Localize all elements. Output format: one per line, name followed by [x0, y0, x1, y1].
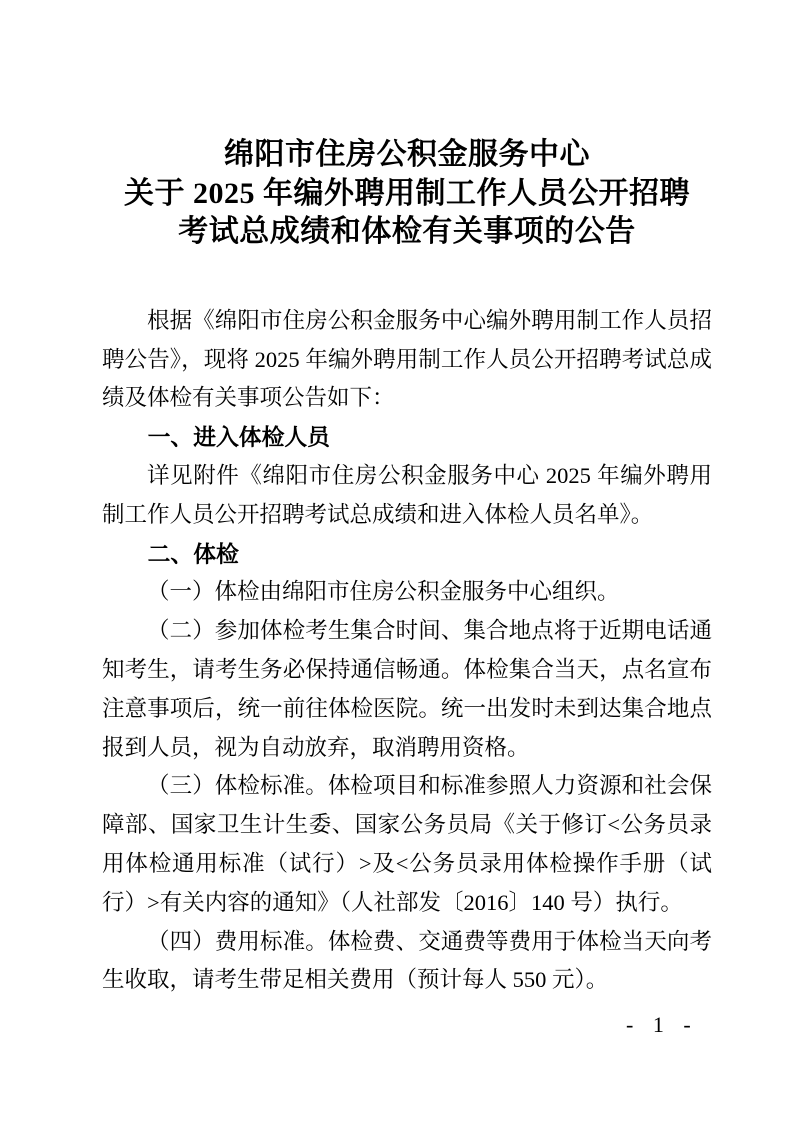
announcement-document: 绵阳市住房公积金服务中心 关于 2025 年编外聘用制工作人员公开招聘 考试总成… [102, 0, 712, 1000]
title-line-3: 考试总成绩和体检有关事项的公告 [102, 213, 712, 252]
title-line-2: 关于 2025 年编外聘用制工作人员公开招聘 [102, 175, 712, 214]
paragraph-item-1: （一）体检由绵阳市住房公积金服务中心组织。 [102, 573, 712, 612]
section-heading-1: 一、进入体检人员 [102, 418, 712, 457]
page-number: - 1 - [626, 1012, 698, 1038]
paragraph-item-3: （三）体检标准。体检项目和标准参照人力资源和社会保障部、国家卫生计生委、国家公务… [102, 767, 712, 922]
title-line-1: 绵阳市住房公积金服务中心 [102, 136, 712, 175]
document-title: 绵阳市住房公积金服务中心 关于 2025 年编外聘用制工作人员公开招聘 考试总成… [102, 136, 712, 252]
paragraph-item-4: （四）费用标准。体检费、交通费等费用于体检当天向考生收取，请考生带足相关费用（预… [102, 923, 712, 1001]
paragraph-attachment-reference: 详见附件《绵阳市住房公积金服务中心 2025 年编外聘用制工作人员公开招聘考试总… [102, 457, 712, 535]
paragraph-intro: 根据《绵阳市住房公积金服务中心编外聘用制工作人员招聘公告》，现将 2025 年编… [102, 302, 712, 418]
section-heading-2: 二、体检 [102, 535, 712, 574]
document-content: 根据《绵阳市住房公积金服务中心编外聘用制工作人员招聘公告》，现将 2025 年编… [102, 302, 712, 1000]
document-page: 绵阳市住房公积金服务中心 关于 2025 年编外聘用制工作人员公开招聘 考试总成… [0, 0, 793, 1122]
paragraph-item-2: （二）参加体检考生集合时间、集合地点将于近期电话通知考生，请考生务必保持通信畅通… [102, 612, 712, 767]
